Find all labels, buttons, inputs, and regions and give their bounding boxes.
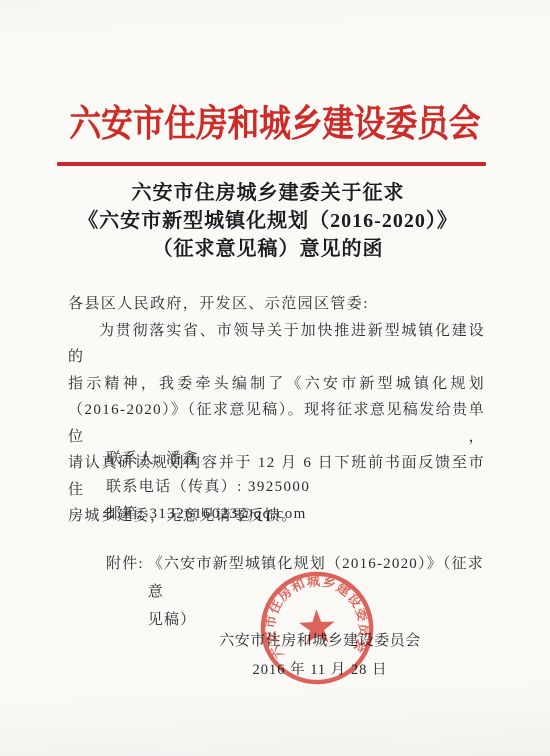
letterhead-divider bbox=[57, 162, 486, 166]
document-title-line-3: （征求意见稿）意见的函 bbox=[0, 235, 536, 263]
salutation: 各县区人民政府，开发区、示范园区管委: bbox=[68, 291, 485, 318]
attachment-block: 附件: 《六安市新型城镇化规划（2016-2020）》（征求意 见稿） bbox=[106, 550, 490, 634]
body-line: 指示精神，我委牵头编制了《六安市新型城镇化规划 bbox=[68, 371, 485, 398]
attachment-text: 《六安市新型城镇化规划（2016-2020）》（征求意 见稿） bbox=[148, 550, 490, 634]
contact-block: 联系人: 潘鑫 联系电话（传真）: 3925000 邮箱: 3132616023… bbox=[106, 446, 310, 529]
attachment-label: 附件: bbox=[106, 550, 148, 634]
signature-org: 六安市住房和城乡建设委员会 bbox=[210, 627, 430, 656]
scanned-official-letter: 六安市住房和城乡建设委员会 六安市住房城乡建委关于征求 《六安市新型城镇化规划（… bbox=[0, 0, 550, 756]
contact-email: 邮箱: 3132616023@qq.com bbox=[106, 501, 310, 529]
attachment-text-line-1: 《六安市新型城镇化规划（2016-2020）》（征求意 bbox=[148, 550, 490, 606]
contact-person: 联系人: 潘鑫 bbox=[106, 446, 310, 474]
letterhead-title: 六安市住房和城乡建设委员会 bbox=[69, 94, 480, 147]
signature-date: 2016 年 11 月 28 日 bbox=[210, 656, 430, 685]
signature-block: 六安市住房和城乡建设委员会 2016 年 11 月 28 日 bbox=[210, 627, 430, 685]
document-title-line-2: 《六安市新型城镇化规划（2016-2020）》 bbox=[0, 207, 536, 235]
document-title: 六安市住房城乡建委关于征求 《六安市新型城镇化规划（2016-2020）》 （征… bbox=[0, 179, 536, 263]
contact-phone: 联系电话（传真）: 3925000 bbox=[106, 474, 310, 502]
document-title-line-1: 六安市住房城乡建委关于征求 bbox=[0, 179, 536, 207]
letterhead: 六安市住房和城乡建设委员会 bbox=[0, 94, 550, 143]
body-line: 为贯彻落实省、市领导关于加快推进新型城镇化建设的 bbox=[68, 318, 485, 371]
body-line: （2016-2020）》（征求意见稿）。现将征求意见稿发给贵单位， bbox=[68, 397, 485, 450]
